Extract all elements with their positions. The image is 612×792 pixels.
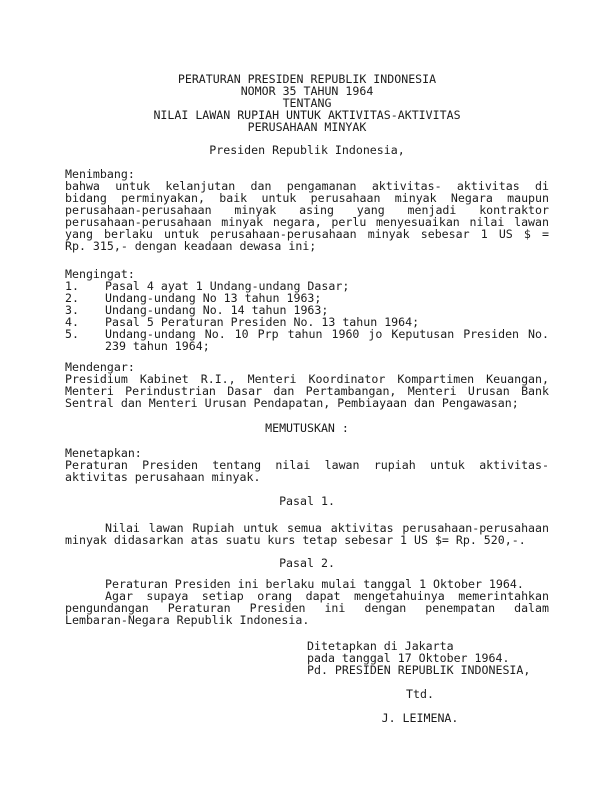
pasal-1-paragraph: Nilai lawan Rupiah untuk semua aktivitas… [65,522,549,546]
pasal-1-line: minyak didasarkan atas suatu kurs tetap … [65,534,549,546]
pasal-1-heading: Pasal 1. [65,495,549,507]
doc-title-block: PERATURAN PRESIDEN REPUBLIK INDONESIA NO… [65,73,549,133]
section-menimbang: Menimbang: bahwa untuk kelanjutan dan pe… [65,168,549,252]
ttd-line: Ttd. [307,688,533,700]
doc-title-line-5: PERUSAHAAN MINYAK [65,121,549,133]
closing-authority-line: Pd. PRESIDEN REPUBLIK INDONESIA, [307,664,533,676]
menetapkan-line: aktivitas perusahaan minyak. [65,471,549,483]
document-content: PERATURAN PRESIDEN REPUBLIK INDONESIA NO… [65,73,549,724]
list-number: 5. [65,328,105,352]
mendengar-line: Sentral dan Menteri Urusan Pendapatan, P… [65,397,549,409]
pasal-2-paragraph: Peraturan Presiden ini berlaku mulai tan… [65,578,549,626]
mengingat-item: 5. Undang-undang No. 10 Prp tahun 1960 j… [65,328,549,352]
menimbang-line: Rp. 315,- dengan keadaan dewasa ini; [65,240,549,252]
salutation-line: Presiden Republik Indonesia, [65,144,549,156]
signer-name: J. LEIMENA. [307,712,533,724]
section-mengingat: Mengingat: 1. Pasal 4 ayat 1 Undang-unda… [65,268,549,352]
document-page: PERATURAN PRESIDEN REPUBLIK INDONESIA NO… [0,0,612,792]
section-mendengar: Mendengar: Presidium Kabinet R.I., Mente… [65,361,549,409]
closing-block: Ditetapkan di Jakarta pada tanggal 17 Ok… [307,640,533,724]
pasal-2-line: Lembaran-Negara Republik Indonesia. [65,614,549,626]
pasal-2-heading: Pasal 2. [65,557,549,569]
memutuskan-heading: MEMUTUSKAN : [65,422,549,434]
list-text: 239 tahun 1964; [105,340,549,352]
section-menetapkan: Menetapkan: Peraturan Presiden tentang n… [65,447,549,483]
